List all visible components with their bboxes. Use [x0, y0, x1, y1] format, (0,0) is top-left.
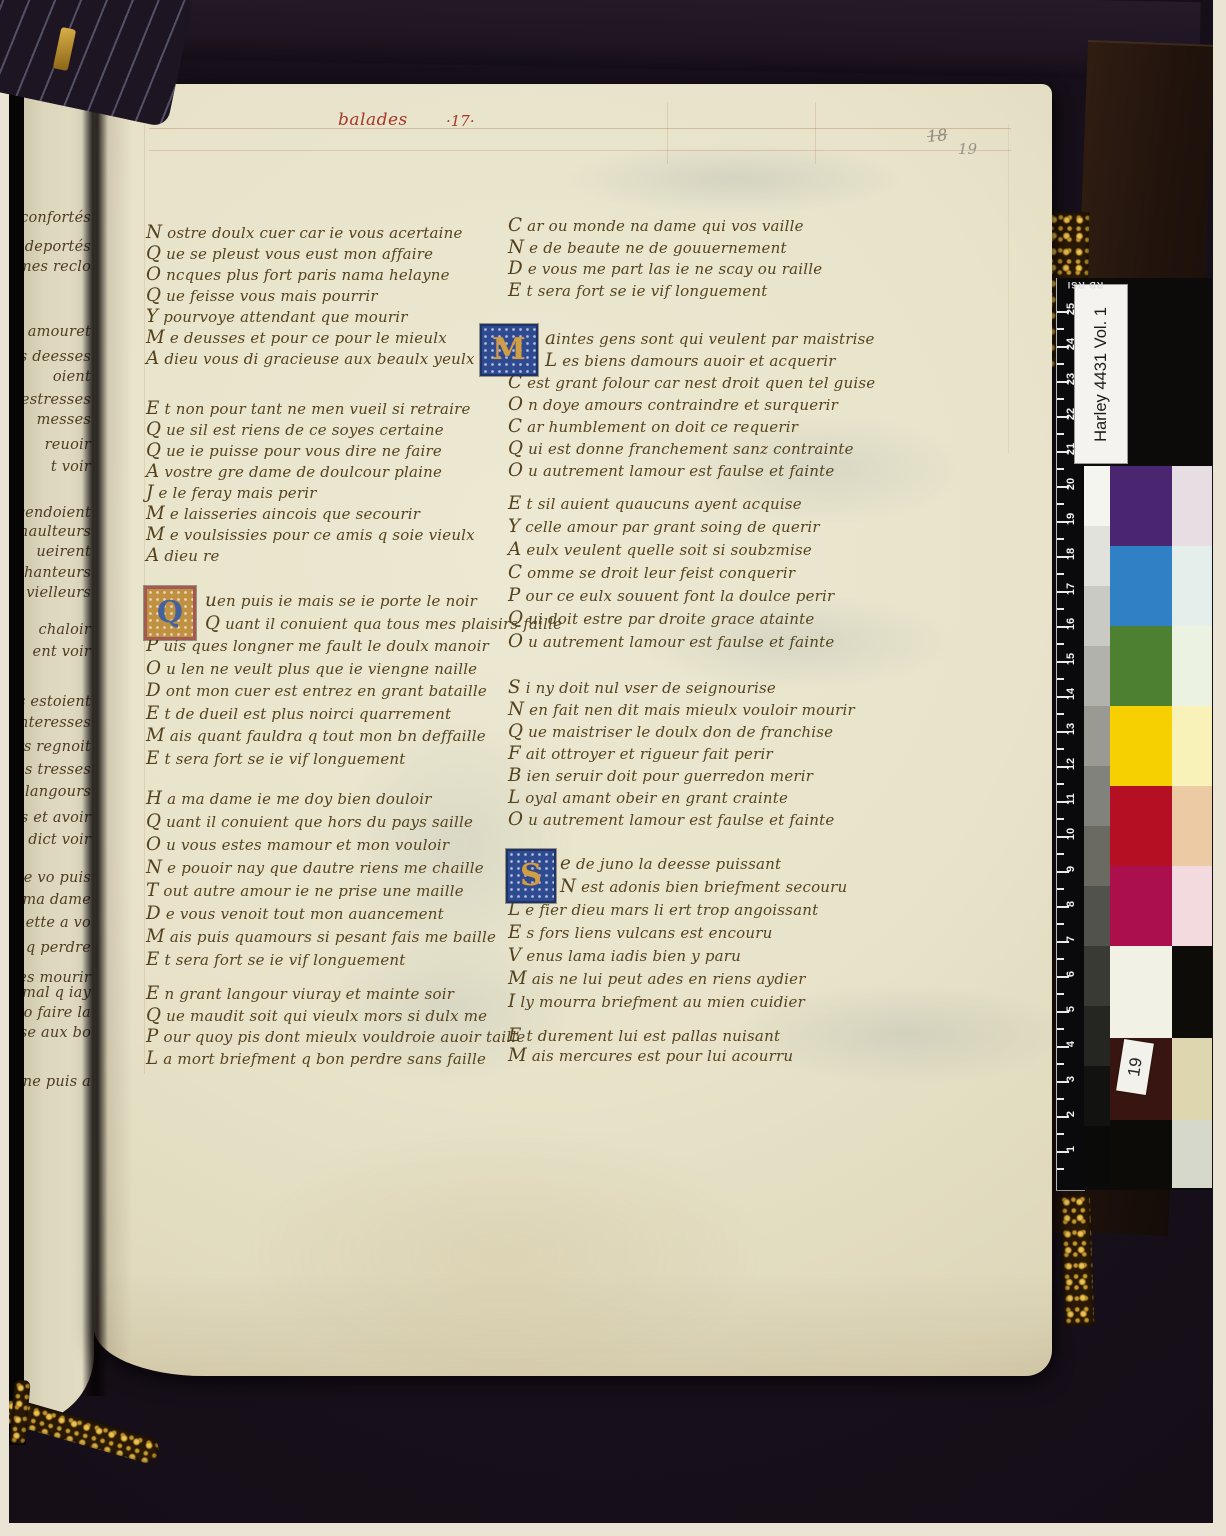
- manuscript-line: E t sera fort se ie vif longuement: [146, 748, 406, 769]
- manuscript-line: Q ue sil est riens de ce soyes certaine: [146, 419, 444, 440]
- grayscale-patch: [1084, 826, 1110, 886]
- color-patch: [1110, 706, 1172, 786]
- manuscript-line: O u autrement lamour est faulse et faint…: [508, 460, 834, 481]
- gilded-fore-edge-bottom: [1060, 1194, 1095, 1327]
- manuscript-line: Q ui est donne franchement sanz contrain…: [508, 438, 854, 459]
- manuscript-line: E n grant langour viuray et mainte soir: [146, 983, 454, 1004]
- facing-page-line: lus bo faire la: [24, 1005, 91, 1021]
- tint-patch: [1172, 1120, 1212, 1188]
- manuscript-line: E t de dueil est plus noirci quarrement: [146, 703, 451, 724]
- manuscript-photo: confortésn cuer deportésou sont mes recl…: [0, 0, 1226, 1536]
- ruler-tick: [1057, 398, 1064, 400]
- ruler-number: 9: [1065, 860, 1081, 878]
- manuscript-line: O u vous estes mamour et mon vouloir: [146, 834, 449, 855]
- facing-page-line: cendoient: [24, 505, 91, 521]
- manuscript-line: Q uant il conuient que hors du pays sail…: [146, 811, 473, 832]
- ruler-tick: [1057, 538, 1064, 540]
- ruler-tick: [1057, 643, 1064, 645]
- facing-page-line: s fors q perdre: [24, 940, 91, 956]
- ruler-number: 10: [1065, 825, 1081, 843]
- facing-page-line: ntes destresses: [24, 392, 91, 408]
- color-patch: [1110, 1120, 1172, 1188]
- ruler-tick: [1057, 993, 1064, 995]
- manuscript-line: O u len ne veult plus que ie viengne nai…: [146, 658, 477, 679]
- ruler-number: 7: [1065, 930, 1081, 948]
- ruler-number: 11: [1065, 790, 1081, 808]
- ruler-number: 5: [1065, 1000, 1081, 1018]
- facing-page-line: quat ie ne puis a: [24, 1074, 91, 1090]
- facing-page-line: au fors regnoit: [24, 739, 91, 755]
- ruler-number: 17: [1065, 580, 1081, 598]
- rubric-heading: balades: [338, 110, 408, 130]
- color-calibration-bar: 2524232221201918171615141312111098765432…: [1056, 278, 1212, 1190]
- tint-patch: [1172, 546, 1212, 626]
- manuscript-line: C est grant folour car nest droit quen t…: [508, 372, 875, 393]
- facing-page-line: chanteresses: [24, 715, 91, 731]
- ruler-tick: [1057, 678, 1064, 680]
- tint-patch: [1172, 1038, 1212, 1120]
- manuscript-line: A eulx veulent quelle soit si soubzmise: [508, 539, 812, 560]
- manuscript-line: L oyal amant obeir en grant crainte: [508, 787, 788, 808]
- facing-page-line: ueil q mette a vo: [24, 915, 91, 931]
- shelfmark-text: Harley 4431 Vol. 1: [1092, 307, 1111, 442]
- manuscript-line: D ont mon cuer est entrez en grant batai…: [146, 680, 487, 701]
- ruling-line-horizontal: [149, 150, 1011, 151]
- manuscript-page: balades ·17· 18 19 N ostre doulx cuer ca…: [94, 84, 1052, 1376]
- manuscript-line: S i ny doit nul vser de seignourise: [508, 677, 776, 698]
- ruler-tick: [1057, 713, 1064, 715]
- manuscript-line: E t durement lui est pallas nuisant: [508, 1025, 780, 1046]
- grayscale-patch: [1084, 886, 1110, 946]
- manuscript-line: e de juno la deesse puissant: [560, 853, 781, 874]
- manuscript-line: P our ce eulx souuent font la doulce per…: [508, 585, 834, 606]
- facing-page-line: n cuer deportés: [24, 239, 91, 255]
- manuscript-line: A vostre gre dame de doulcour plaine: [146, 461, 442, 482]
- calibration-corner-text: RD RSI: [1056, 280, 1114, 290]
- grayscale-patch: [1084, 1006, 1110, 1066]
- manuscript-line: H a ma dame ie me doy bien douloir: [146, 788, 432, 809]
- grayscale-patch: [1084, 586, 1110, 646]
- manuscript-line: aintes gens sont qui veulent par maistri…: [545, 328, 875, 349]
- manuscript-line: C ar ou monde na dame qui vos vaille: [508, 215, 804, 236]
- manuscript-line: V enus lama iadis bien y paru: [508, 945, 741, 966]
- ruler-tick: [1057, 958, 1064, 960]
- manuscript-line: Q ue maistriser le doulx don de franchis…: [508, 721, 833, 742]
- folio-number: 19: [958, 140, 977, 158]
- facing-page-line: s amouret: [24, 324, 91, 340]
- color-patch: [1110, 866, 1172, 946]
- manuscript-line: N en fait nen dit mais mieulx vouloir mo…: [508, 699, 855, 720]
- ruler-number: 6: [1065, 965, 1081, 983]
- photo-frame-right: [1213, 0, 1226, 1536]
- ruler-tick: [1057, 1168, 1064, 1170]
- color-patch: [1110, 626, 1172, 706]
- ruler-number: 3: [1065, 1070, 1081, 1088]
- manuscript-line: B ien seruir doit pour guerredon merir: [508, 765, 813, 786]
- ruling-line-vertical: [1008, 124, 1009, 454]
- manuscript-line: C omme se droit leur feist conquerir: [508, 562, 795, 583]
- facing-page-line: plains denchanteurs: [24, 565, 91, 581]
- manuscript-line: A dieu vous di gracieuse aux beaulx yeul…: [146, 348, 475, 369]
- facing-page-line: es deesses: [24, 349, 91, 365]
- manuscript-line: N est adonis bien briefment secouru: [560, 876, 847, 897]
- tint-patch: [1172, 866, 1212, 946]
- ruler-number: 19: [1065, 510, 1081, 528]
- manuscript-line: E t sera fort se ie vif longuement: [508, 280, 768, 301]
- ruler-tick: [1057, 888, 1064, 890]
- gutter-shadow: [82, 66, 108, 1396]
- facing-page-line: res le mal q iay: [24, 985, 91, 1001]
- manuscript-line: Q ue se pleust vous eust mon affaire: [146, 243, 433, 264]
- manuscript-line: L es biens damours auoir et acquerir: [545, 350, 836, 371]
- color-patch: [1110, 546, 1172, 626]
- facing-page-line: amour ma dame: [24, 892, 91, 908]
- manuscript-line: M e deusses et pour ce pour le mieulx: [146, 327, 447, 348]
- manuscript-line: F ait ottroyer et rigueur fait perir: [508, 743, 773, 764]
- facing-page-line: s et avoir: [24, 810, 91, 826]
- manuscript-line: E s fors liens vulcans est encouru: [508, 922, 772, 943]
- manuscript-line: M ais quant fauldra q tout mon bn deffai…: [146, 725, 486, 746]
- ruler-tick: [1057, 748, 1064, 750]
- ruler-tick: [1057, 783, 1064, 785]
- facing-page-line: confortés: [24, 210, 91, 226]
- manuscript-line: N e pouoir nay que dautre riens me chail…: [146, 857, 484, 878]
- ruler-tick: [1057, 1133, 1064, 1135]
- manuscript-line: D e vous me part las ie ne scay ou raill…: [508, 258, 822, 279]
- ruler-number: 13: [1065, 720, 1081, 738]
- rubric-heading-number: ·17·: [446, 112, 475, 130]
- manuscript-line: C ar humblement on doit ce requerir: [508, 416, 798, 437]
- manuscript-line: E t sera fort se ie vif longuement: [146, 949, 406, 970]
- grayscale-patch: [1084, 946, 1110, 1006]
- ruler-tick: [1057, 503, 1064, 505]
- manuscript-line: A dieu re: [146, 545, 220, 566]
- color-patch: [1110, 946, 1172, 1038]
- facing-page-line: us grans vielleurs: [24, 585, 91, 601]
- ruler-number: 2: [1065, 1105, 1081, 1123]
- ruler-tick: [1057, 1028, 1064, 1030]
- manuscript-line: uen puis ie mais se ie porte le noir: [205, 590, 477, 611]
- manuscript-line: Q ue ie puisse pour vous dire ne faire: [146, 440, 442, 461]
- ruler-tick: [1057, 328, 1064, 330]
- manuscript-line: M e laisseries aincois que secourir: [146, 503, 420, 524]
- grayscale-patch: [1084, 1126, 1110, 1186]
- facing-page-line: s grans haulteurs: [24, 524, 91, 540]
- manuscript-line: O ncques plus fort paris nama helayne: [146, 264, 450, 285]
- ruler-number: 20: [1065, 475, 1081, 493]
- facing-page-line: ries mourir: [24, 970, 91, 986]
- tint-patch: [1172, 466, 1212, 546]
- ruler-tick: [1057, 468, 1064, 470]
- ruling-line-vertical: [815, 102, 816, 164]
- ruler-number: 12: [1065, 755, 1081, 773]
- facing-page-line: ou sont mes reclo: [24, 259, 91, 275]
- grayscale-patch: [1084, 766, 1110, 826]
- tint-patch: [1172, 626, 1212, 706]
- manuscript-line: J e le feray mais perir: [146, 482, 317, 503]
- ruler-number: 14: [1065, 685, 1081, 703]
- manuscript-line: Q ui doit estre par droite grace atainte: [508, 608, 814, 629]
- tint-patch: [1172, 706, 1212, 786]
- ruling-line-vertical: [667, 102, 668, 164]
- illuminated-initial-s: S: [506, 849, 556, 903]
- ruler-tick: [1057, 433, 1064, 435]
- grayscale-patch: [1084, 646, 1110, 706]
- ruling-line-horizontal: [149, 128, 1011, 129]
- photo-frame-left: [0, 0, 9, 1536]
- manuscript-line: M ais ne lui peut ades en riens aydier: [508, 968, 806, 989]
- manuscript-line: Q ue feisse vous mais pourrir: [146, 285, 378, 306]
- manuscript-line: M ais puis quamours si pesant fais me ba…: [146, 926, 496, 947]
- tint-patch: [1172, 786, 1212, 866]
- color-patch: [1110, 786, 1172, 866]
- illuminated-initial-m: M: [480, 324, 538, 376]
- folio-sticker-number: 19: [1124, 1056, 1147, 1078]
- manuscript-line: P uis ques longner me fault le doulx man…: [146, 635, 489, 656]
- ruler-tick: [1057, 573, 1064, 575]
- ruler-tick: [1057, 608, 1064, 610]
- ruler-number: 18: [1065, 545, 1081, 563]
- tint-patch: [1172, 946, 1212, 1038]
- folio-number-struck: 18: [926, 125, 948, 146]
- ruler-number: 1: [1065, 1140, 1081, 1158]
- manuscript-line: Y celle amour par grant soing de querir: [508, 516, 820, 537]
- ruler-number: 8: [1065, 895, 1081, 913]
- manuscript-line: L a mort briefment q bon perdre sans fai…: [146, 1048, 486, 1069]
- manuscript-line: N ostre doulx cuer car ie vous acertaine: [146, 222, 463, 243]
- ruler-number: 15: [1065, 650, 1081, 668]
- manuscript-line: O n doye amours contraindre et surquerir: [508, 394, 838, 415]
- manuscript-line: I ly mourra briefment au mien cuidier: [508, 991, 805, 1012]
- manuscript-line: E t sil auient quaucuns ayent acquise: [508, 493, 802, 514]
- manuscript-line: N e de beaute ne de gouuernement: [508, 237, 787, 258]
- ruler-tick: [1057, 1063, 1064, 1065]
- manuscript-line: T out autre amour ie ne prise une maille: [146, 880, 464, 901]
- ruler-tick: [1057, 818, 1064, 820]
- grayscale-patch: [1084, 706, 1110, 766]
- ruler-tick: [1057, 923, 1064, 925]
- ruler-tick: [1057, 1098, 1064, 1100]
- grayscale-patch: [1084, 466, 1110, 526]
- ruler-number: 4: [1065, 1035, 1081, 1053]
- facing-page-line: trop grans langours: [24, 784, 91, 800]
- manuscript-line: O u autrement lamour est faulse et faint…: [508, 631, 834, 652]
- ruler-tick: [1057, 853, 1064, 855]
- facing-page-line: gracieuse aux bo: [24, 1025, 91, 1041]
- manuscript-line: O u autrement lamour est faulse et faint…: [508, 809, 834, 830]
- photo-frame-bottom: [0, 1523, 1226, 1536]
- grayscale-patch: [1084, 526, 1110, 586]
- manuscript-line: M e voulsissies pour ce amis q soie vieu…: [146, 524, 475, 545]
- grayscale-patch: [1084, 1066, 1110, 1126]
- manuscript-line: Y pourvoye attendant que mourir: [146, 306, 408, 327]
- shelfmark-label: Harley 4431 Vol. 1: [1074, 284, 1128, 464]
- ruler-tick: [1057, 363, 1064, 365]
- facing-page-line: craines estoient: [24, 694, 91, 710]
- color-patch: [1110, 466, 1172, 546]
- illuminated-initial-q: Q: [144, 586, 196, 640]
- ruler-number: 16: [1065, 615, 1081, 633]
- manuscript-line: M ais mercures est pour lui acourru: [508, 1045, 793, 1066]
- facing-page-line: est q ie ne vo puis: [24, 870, 91, 886]
- manuscript-line: Q ue maudit soit qui vieulx mors si dulx…: [146, 1005, 487, 1026]
- manuscript-line: D e vous venoit tout mon auancement: [146, 903, 444, 924]
- manuscript-line: E t non pour tant ne men vueil si retrai…: [146, 398, 471, 419]
- manuscript-line: P our quoy pis dont mieulx vouldroie auo…: [146, 1026, 525, 1047]
